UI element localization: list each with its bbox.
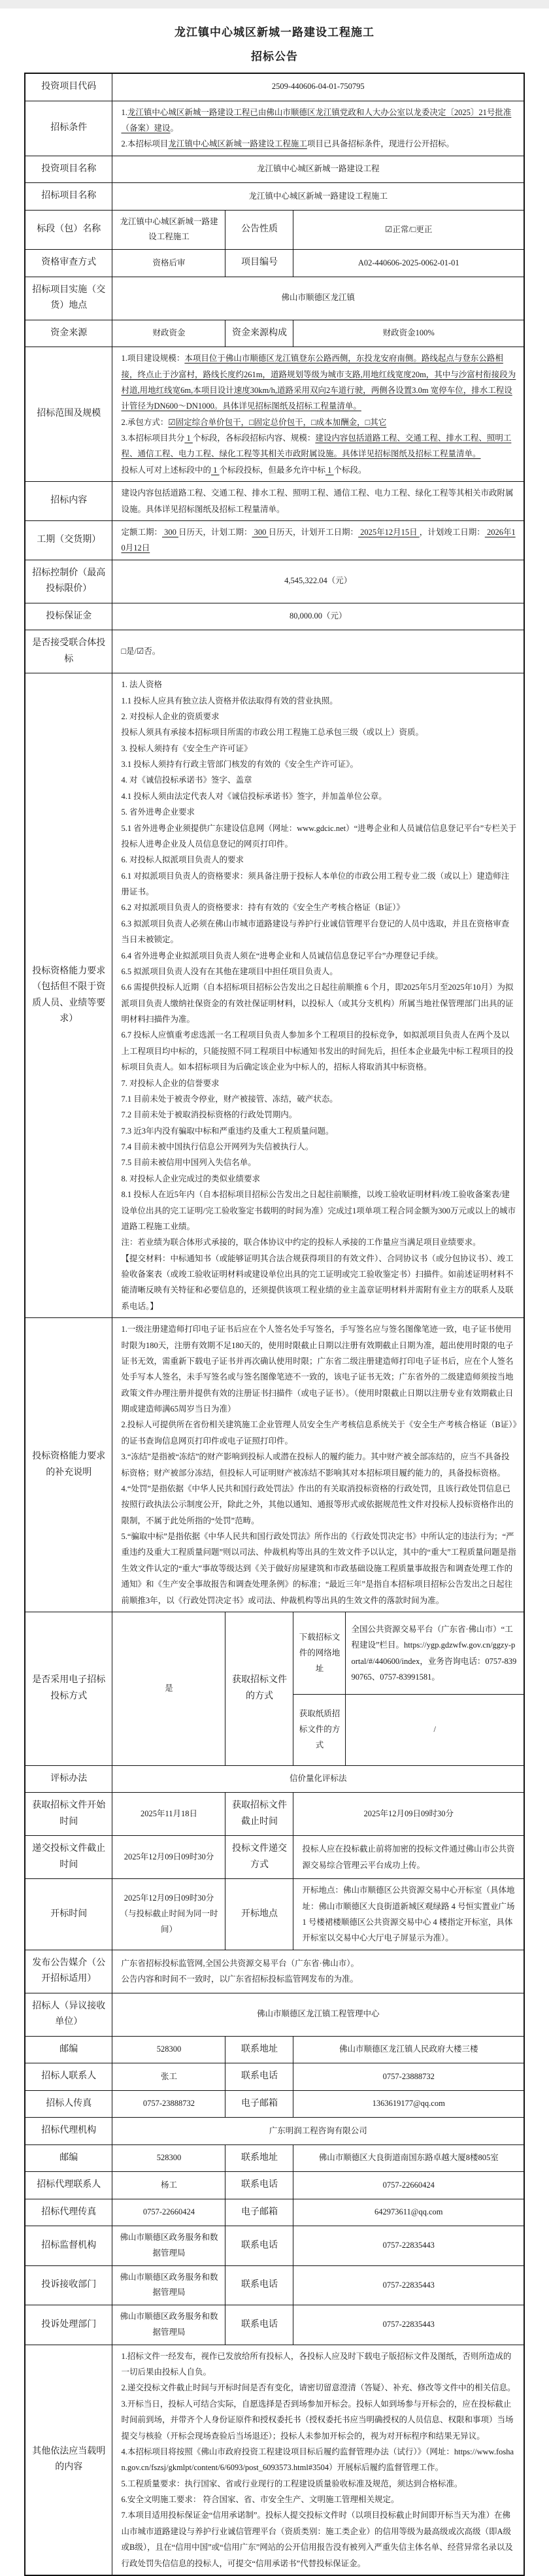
agency-fax-value: 0757-22660424 [112,2199,225,2226]
row-label-supervision: 招标监督机构 [25,2226,112,2266]
obtain-start-value: 2025年11月18日 [112,1793,225,1836]
tender-content-text: 建设内容包括道路工程、交通工程、排水工程、照明工程、通信工程、电力工程、绿化工程… [112,482,524,521]
table-row: 招标项目名称 龙江镇中心城区新城一路建设工程施工 [25,183,524,211]
duration-text: 定额工期： 300 日历天，计划工期： 300 日历天，计划开工日期： 2025… [112,520,524,560]
table-row: 其他依法应当载明的内容 1.招标文件一经发布，视作已发放给所有投标人，各投标人应… [25,2345,524,2575]
row-label-tender-conditions: 招标条件 [25,101,112,156]
table-row: 招标范围及规模 1.项目建设规模：本项目位于佛山市顺德区龙江镇登东公路西侧，东投… [25,347,524,482]
row-label-agency-tel: 联系电话 [225,2172,293,2199]
row-label-complaint-receiving: 投诉接收部门 [25,2265,112,2305]
row-label-submission-deadline: 递交投标文件截止时间 [25,1836,112,1879]
tenderer-email-value: 1363619177@qq.com [293,2090,524,2118]
supervision-value: 佛山市顺德区政务服务和数据管理局 [112,2226,225,2266]
consortium-text: □是/☑否。 [112,630,524,673]
table-row: 投标资格能力要求的补充说明 1.一级注册建造师打印电子证书后应在个人签名处手写签… [25,1318,524,1612]
table-row: 投诉接收部门 佛山市顺德区政务服务和数据管理局 联系电话 0757-228354… [25,2265,524,2305]
row-label-agency-postcode: 邮编 [25,2144,112,2172]
row-label-tenderer-contact: 招标人联系人 [25,2063,112,2091]
row-label-announcement-media: 发布公告媒介（公开招标适用） [25,1950,112,1993]
row-label-e-bidding: 是否采用电子招标投标方式 [25,1612,112,1765]
table-row: 招标控制价（最高投标限价） 4,545,322.04（元） [25,560,524,603]
row-label-investment-code: 投资项目代码 [25,73,112,101]
qualification-review-value: 资格后审 [112,250,225,277]
row-label-complaint-handling: 投诉处理部门 [25,2305,112,2345]
agency-value: 广东明润工程咨询有限公司 [112,2118,524,2145]
tenderer-address-value: 佛山市顺德区龙江镇人民政府大楼三楼 [293,2036,524,2063]
row-label-submission-method: 投标文件递交方式 [225,1836,293,1879]
row-label-funding: 资金来源 [25,320,112,347]
row-label-agency-fax: 招标代理传真 [25,2199,112,2226]
row-label-notice-nature: 公告性质 [225,210,293,250]
row-label-obtain-end: 获取招标文件截止时间 [225,1793,293,1836]
row-label-tenderer-address: 联系地址 [225,2036,293,2063]
table-row: 是否接受联合体投标 □是/☑否。 [25,630,524,673]
table-row: 投资项目代码 2509-440606-04-01-750795 [25,73,524,101]
tender-conditions-text: 1.龙江镇中心城区新城一路建设工程已由佛山市顺德区龙江镇党政和人大办公室以龙委决… [112,101,524,156]
agency-tel-value: 0757-22660424 [293,2172,524,2199]
row-label-agency-email: 电子邮箱 [225,2199,293,2226]
paper-method-value: / [346,1695,524,1765]
row-label-agency: 招标代理机构 [25,2118,112,2145]
qualification-requirements-text: 1. 法人资格 1.1 投标人应具有独立法人资格并依法取得有效的营业执照。 2.… [112,673,524,1318]
scope-text: 1.项目建设规模：本项目位于佛山市顺德区龙江镇登东公路西侧，东投龙安府南侧。路线… [112,347,524,482]
funding-composition-value: 财政资金100% [293,320,524,347]
complaint-receiving-tel-value: 0757-22835443 [293,2265,524,2305]
table-row: 递交投标文件截止时间 2025年12月09日09时30分 投标文件递交方式 投标… [25,1836,524,1879]
row-label-control-price: 招标控制价（最高投标限价） [25,560,112,603]
table-row: 招标代理联系人 杨工 联系电话 0757-22660424 [25,2172,524,2199]
agency-address-value: 佛山市顺德区大良街道南国东路卓越大厦8楼805室 [293,2144,524,2172]
agency-postcode-value: 528300 [112,2144,225,2172]
row-label-download-address: 下载招标文件的网络地址 [293,1612,346,1695]
table-row: 资金来源 财政资金 资金来源构成 财政资金100% [25,320,524,347]
table-row: 邮编 528300 联系地址 佛山市顺德区龙江镇人民政府大楼三楼 [25,2036,524,2063]
tender-announcement-table: 投资项目代码 2509-440606-04-01-750795 招标条件 1.龙… [24,73,525,2576]
other-contents-text: 1.招标文件一经发布，视作已发放给所有投标人，各投标人应及时下载电子版招标文件及… [112,2345,524,2575]
complaint-handling-tel-value: 0757-22835443 [293,2305,524,2345]
submission-method-value: 投标人应在投标截止前将加密的投标文件通过佛山市公共资源交易综合管理云平台成功上传… [293,1836,524,1879]
investment-name-value: 龙江镇中心城区新城一路建设工程 [112,156,524,183]
row-label-tenderer-postcode: 邮编 [25,2036,112,2063]
table-row: 招标监督机构 佛山市顺德区政务服务和数据管理局 联系电话 0757-228354… [25,2226,524,2266]
row-label-location: 招标项目实施（交货）地点 [25,277,112,320]
table-row: 招标内容 建设内容包括道路工程、交通工程、排水工程、照明工程、通信工程、电力工程… [25,482,524,521]
row-label-scope: 招标范围及规模 [25,347,112,482]
funding-source-value: 财政资金 [112,320,225,347]
row-label-tender-project-name: 招标项目名称 [25,183,112,211]
location-value: 佛山市顺德区龙江镇 [112,277,524,320]
row-label-project-no: 项目编号 [225,250,293,277]
row-label-duration: 工期（交货期） [25,520,112,560]
row-label-qualification-requirements: 投标资格能力要求（包括但不限于资质人员、业绩等要求） [25,673,112,1318]
table-row: 招标人联系人 张工 联系电话 0757-23888732 [25,2063,524,2091]
section-package-value: 龙江镇中心城区新城一路建设工程施工 [112,210,225,250]
table-row: 标段（包）名称 龙江镇中心城区新城一路建设工程施工 公告性质 ☑正常/□更正 [25,210,524,250]
obtain-end-value: 2025年12月09日09时30分 [293,1793,524,1836]
tenderer-tel-value: 0757-23888732 [293,2063,524,2091]
table-row: 招标代理传真 0757-22660424 电子邮箱 642973611@qq.c… [25,2199,524,2226]
table-row: 发布公告媒介（公开招标适用） 广东省招标投标监管网,全国公共资源交易平台（广东省… [25,1950,524,1993]
project-no-value: A02-440606-2025-0062-01-01 [293,250,524,277]
table-row: 邮编 528300 联系地址 佛山市顺德区大良街道南国东路卓越大厦8楼805室 [25,2144,524,2172]
announcement-media-text: 广东省招标投标监管网,全国公共资源交易平台（广东省·佛山市）。 公告内容和时间不… [112,1950,524,1993]
row-label-qualification-supplement: 投标资格能力要求的补充说明 [25,1318,112,1612]
row-label-consortium: 是否接受联合体投标 [25,630,112,673]
bid-opening-time-value: 2025年12月09日09时30分（与投标截止时间为同一时间） [112,1879,225,1950]
row-label-tenderer-tel: 联系电话 [225,2063,293,2091]
evaluation-method-value: 信价量化评标法 [112,1765,524,1793]
table-row: 招标项目实施（交货）地点 佛山市顺德区龙江镇 [25,277,524,320]
complaint-receiving-value: 佛山市顺德区政务服务和数据管理局 [112,2265,225,2305]
tenderer-value: 佛山市顺德区龙江镇工程管理中心 [112,1993,524,2036]
page-title-line2: 招标公告 [0,39,549,73]
table-row: 是否采用电子招标投标方式 是 获取招标文件的方式 下载招标文件的网络地址 全国公… [25,1612,524,1695]
control-price-value: 4,545,322.04（元） [112,560,524,603]
row-label-agency-address: 联系地址 [225,2144,293,2172]
agency-email-value: 642973611@qq.com [293,2199,524,2226]
qualification-supplement-text: 1.一级注册建造师打印电子证书后应在个人签名处手写签名，手写签名应与签名图像笔迹… [112,1318,524,1612]
page-title-line1: 龙江镇中心城区新城一路建设工程施工 [0,8,549,39]
row-label-obtain-start: 获取招标文件开始时间 [25,1793,112,1836]
row-label-investment-name: 投资项目名称 [25,156,112,183]
table-row: 招标人（异议接收单位） 佛山市顺德区龙江镇工程管理中心 [25,1993,524,2036]
table-row: 投诉处理部门 佛山市顺德区政务服务和数据管理局 联系电话 0757-228354… [25,2305,524,2345]
table-row: 投标保证金 80,000.00（元） [25,603,524,630]
row-label-bid-opening-time: 开标时间 [25,1879,112,1950]
supervision-tel-value: 0757-22835443 [293,2226,524,2266]
row-label-tenderer: 招标人（异议接收单位） [25,1993,112,2036]
table-row: 资格审查方式 资格后审 项目编号 A02-440606-2025-0062-01… [25,250,524,277]
table-row: 工期（交货期） 定额工期： 300 日历天，计划工期： 300 日历天，计划开工… [25,520,524,560]
tender-project-name-value: 龙江镇中心城区新城一路建设工程施工 [112,183,524,211]
tenderer-contact-value: 张工 [112,2063,225,2091]
row-label-obtain-method: 获取招标文件的方式 [225,1612,293,1765]
agency-contact-value: 杨工 [112,2172,225,2199]
table-row: 投资项目名称 龙江镇中心城区新城一路建设工程 [25,156,524,183]
row-label-evaluation-method: 评标办法 [25,1765,112,1793]
table-row: 招标人传真 0757-23888732 电子邮箱 1363619177@qq.c… [25,2090,524,2118]
table-row: 投标资格能力要求（包括但不限于资质人员、业绩等要求） 1. 法人资格 1.1 投… [25,673,524,1318]
row-label-section-package: 标段（包）名称 [25,210,112,250]
tenderer-fax-value: 0757-23888732 [112,2090,225,2118]
table-row: 招标代理机构 广东明润工程咨询有限公司 [25,2118,524,2145]
row-label-other-contents: 其他依法应当载明的内容 [25,2345,112,2575]
table-row: 评标办法 信价量化评标法 [25,1765,524,1793]
row-label-qualification-review: 资格审查方式 [25,250,112,277]
row-label-tenderer-fax: 招标人传真 [25,2090,112,2118]
investment-code-value: 2509-440606-04-01-750795 [112,73,524,101]
table-row: 招标条件 1.龙江镇中心城区新城一路建设工程已由佛山市顺德区龙江镇党政和人大办公… [25,101,524,156]
row-label-agency-contact: 招标代理联系人 [25,2172,112,2199]
row-label-paper-method: 获取纸质招标文件的方式 [293,1695,346,1765]
row-label-tender-content: 招标内容 [25,482,112,521]
row-label-tenderer-email: 电子邮箱 [225,2090,293,2118]
bid-bond-value: 80,000.00（元） [112,603,524,630]
bid-opening-place-value: 开标地点：佛山市顺德区公共资源交易中心开标室（具体地址：佛山市顺德区大良街道新城… [293,1879,524,1950]
row-label-complaint-receiving-tel: 联系电话 [225,2265,293,2305]
complaint-handling-value: 佛山市顺德区政务服务和数据管理局 [112,2305,225,2345]
notice-nature-value: ☑正常/□更正 [293,210,524,250]
row-label-bid-opening-place: 开标地点 [225,1879,293,1950]
table-row: 获取招标文件开始时间 2025年11月18日 获取招标文件截止时间 2025年1… [25,1793,524,1836]
top-strip [0,0,549,8]
tenderer-postcode-value: 528300 [112,2036,225,2063]
e-bidding-value: 是 [112,1612,225,1765]
row-label-bid-bond: 投标保证金 [25,603,112,630]
row-label-complaint-handling-tel: 联系电话 [225,2305,293,2345]
table-row: 开标时间 2025年12月09日09时30分（与投标截止时间为同一时间） 开标地… [25,1879,524,1950]
row-label-supervision-tel: 联系电话 [225,2226,293,2266]
submission-deadline-value: 2025年12月09日09时30分 [112,1836,225,1879]
download-address-value: 全国公共资源交易平台（广东省·佛山市）“工程建设”栏目。https://ygp.… [346,1612,524,1695]
row-label-funding-composition: 资金来源构成 [225,320,293,347]
